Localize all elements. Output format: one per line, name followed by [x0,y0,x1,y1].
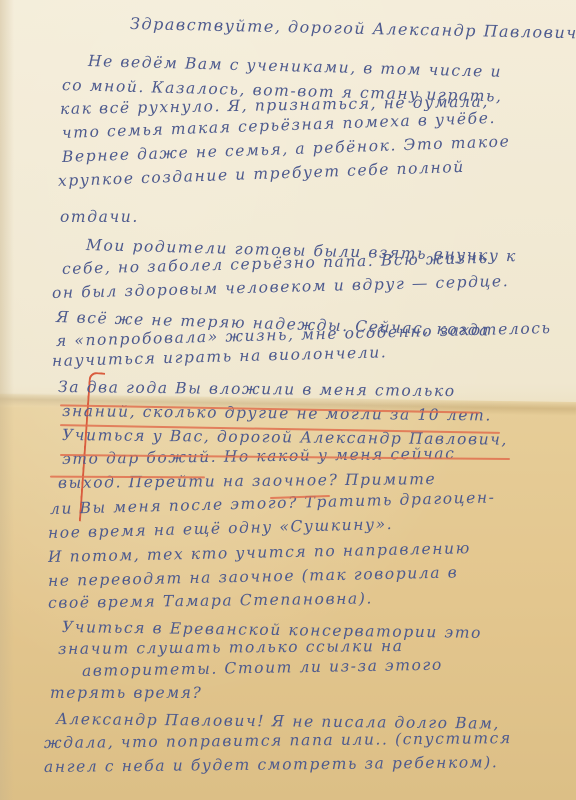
letter-line: отдачи. [60,208,139,226]
letter-line: значит слушать только ссылки на [58,637,404,658]
paper-left-edge [0,0,14,800]
letter-line: терять время? [50,684,202,702]
